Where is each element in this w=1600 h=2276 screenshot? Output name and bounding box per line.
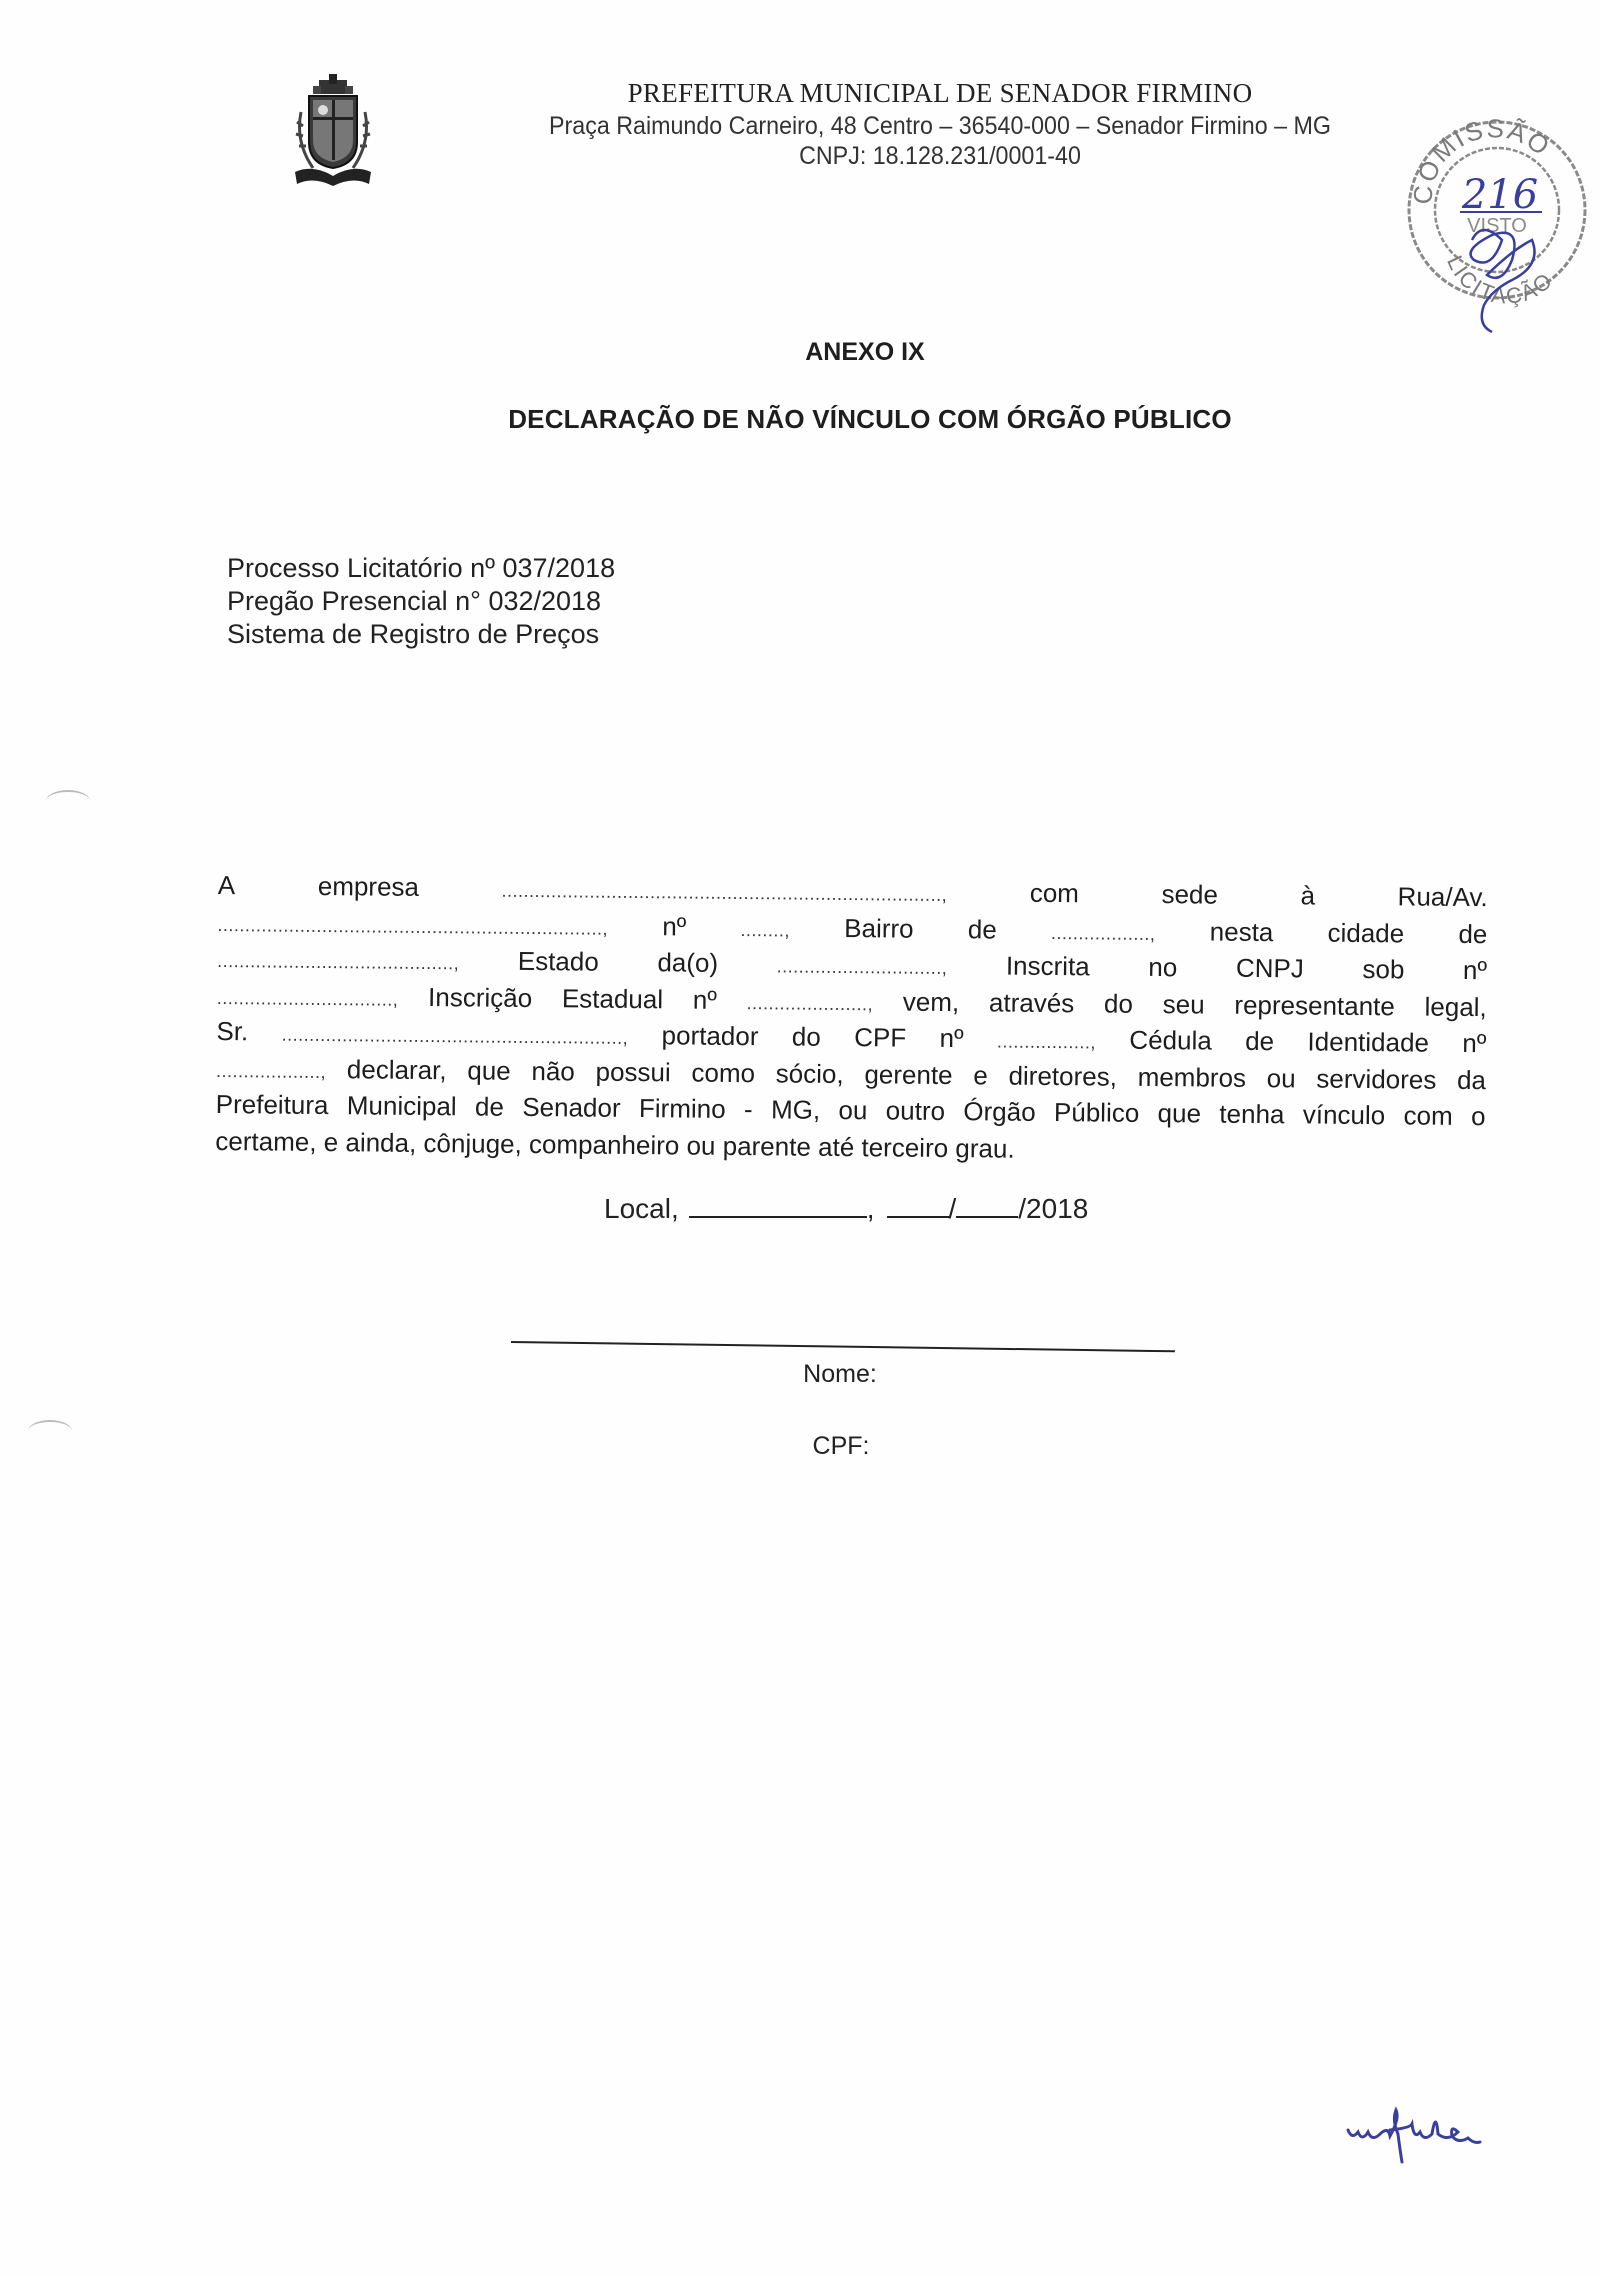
process-info: Processo Licitatório nº 037/2018 Pregão … bbox=[227, 552, 615, 651]
signature-name-label: Nome: bbox=[0, 1360, 1600, 1389]
blank-street: ........................................… bbox=[217, 914, 608, 939]
blank-state: .............................., bbox=[777, 956, 948, 979]
punch-hole-mark bbox=[46, 790, 90, 812]
signature-cpf-label: CPF: bbox=[0, 1432, 1600, 1461]
declaration-body: A empresa ..............................… bbox=[215, 870, 1488, 1174]
annex-heading: ANEXO IX bbox=[0, 338, 1600, 367]
header-cnpj: CNPJ: 18.128.231/0001-40 bbox=[475, 142, 1405, 171]
blank-city: ........................................… bbox=[217, 951, 459, 974]
header-title: PREFEITURA MUNICIPAL DE SENADOR FIRMINO bbox=[440, 78, 1440, 109]
blank-number: ........, bbox=[740, 920, 790, 941]
document-page: PREFEITURA MUNICIPAL DE SENADOR FIRMINO … bbox=[0, 0, 1600, 2276]
blank-cpf: ................., bbox=[997, 1031, 1096, 1053]
local-blank[interactable] bbox=[689, 1194, 867, 1218]
pregao-number: Pregão Presencial n° 032/2018 bbox=[227, 585, 615, 618]
coat-of-arms-icon bbox=[283, 72, 383, 192]
signature-line[interactable] bbox=[511, 1341, 1175, 1352]
date-line: Local, , / /2018 bbox=[604, 1193, 1088, 1225]
month-blank[interactable] bbox=[956, 1194, 1018, 1218]
year-label: /2018 bbox=[1018, 1193, 1088, 1225]
day-blank[interactable] bbox=[887, 1194, 949, 1218]
handwritten-initials-icon bbox=[1340, 2100, 1510, 2170]
registry-system: Sistema de Registro de Preços bbox=[227, 618, 615, 651]
process-number: Processo Licitatório nº 037/2018 bbox=[227, 552, 615, 585]
header-address: Praça Raimundo Carneiro, 48 Centro – 365… bbox=[475, 112, 1405, 141]
commission-stamp-icon: COMISSÃO VISTO 216 LICITAÇÃO bbox=[1392, 100, 1592, 340]
local-label: Local, bbox=[604, 1193, 679, 1225]
blank-identity: ..................., bbox=[216, 1060, 326, 1082]
blank-cnpj: ................................, bbox=[217, 987, 399, 1010]
blank-neighborhood: .................., bbox=[1051, 922, 1156, 944]
declaration-heading: DECLARAÇÃO DE NÃO VÍNCULO COM ÓRGÃO PÚBL… bbox=[0, 404, 1600, 435]
blank-representative: ........................................… bbox=[282, 1025, 629, 1049]
svg-text:LICITAÇÃO: LICITAÇÃO bbox=[1442, 252, 1558, 309]
stamp-bottom-text: LICITAÇÃO bbox=[1442, 252, 1558, 309]
blank-state-registration: ......................, bbox=[746, 993, 873, 1015]
blank-company-name: ........................................… bbox=[501, 881, 947, 906]
